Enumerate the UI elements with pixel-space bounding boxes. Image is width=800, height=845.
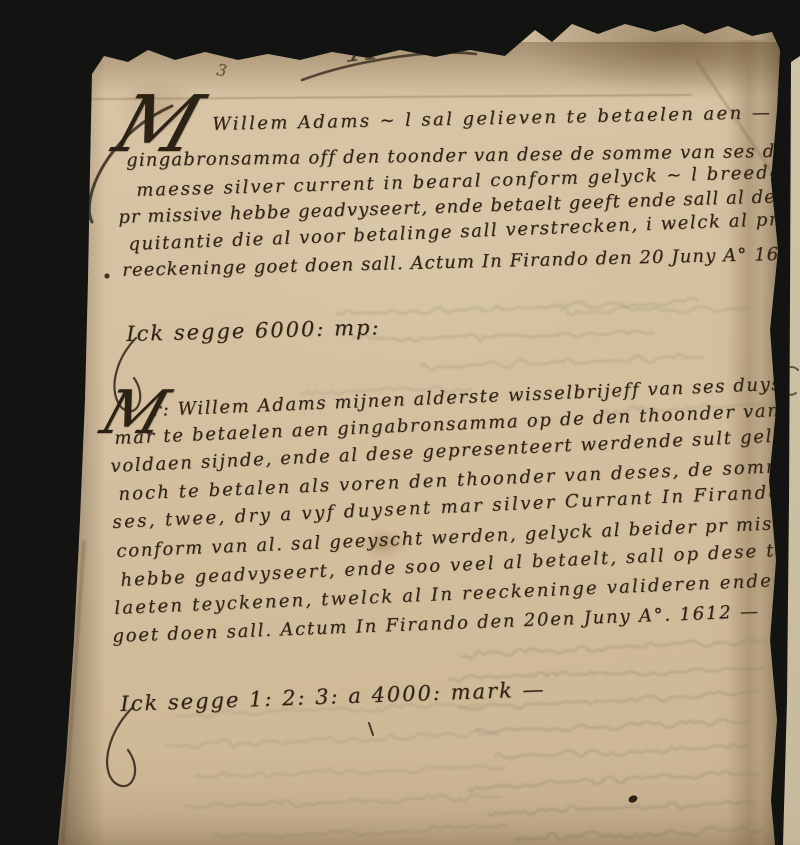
manuscript-page: 11 3 M Willem Adams ~ l sal gelieven te … bbox=[0, 0, 800, 845]
folio-strike-line bbox=[298, 34, 482, 90]
paper-crease-left bbox=[61, 540, 85, 844]
folio-number-mark: 11 bbox=[298, 34, 482, 90]
sum-line: Ick segge 6000: mp: bbox=[126, 315, 381, 346]
ink-tick bbox=[369, 723, 373, 735]
photo-backdrop: 11 3 M Willem Adams ~ l sal gelieven te … bbox=[0, 0, 800, 845]
ink-blot bbox=[627, 794, 638, 804]
ink-dot bbox=[104, 273, 109, 278]
paper-shadow-top-right bbox=[525, 16, 780, 94]
ink-specks-top-right bbox=[744, 18, 765, 26]
sum-line: Ick segge 1: 2: 3: a 4000: mark — bbox=[120, 677, 546, 716]
folio-number: 11 bbox=[343, 34, 388, 68]
manuscript-line: Willem Adams ~ l sal gelieven te betaele… bbox=[212, 102, 772, 135]
sum-flourish bbox=[100, 702, 152, 797]
corner-mark: 3 bbox=[215, 60, 228, 80]
